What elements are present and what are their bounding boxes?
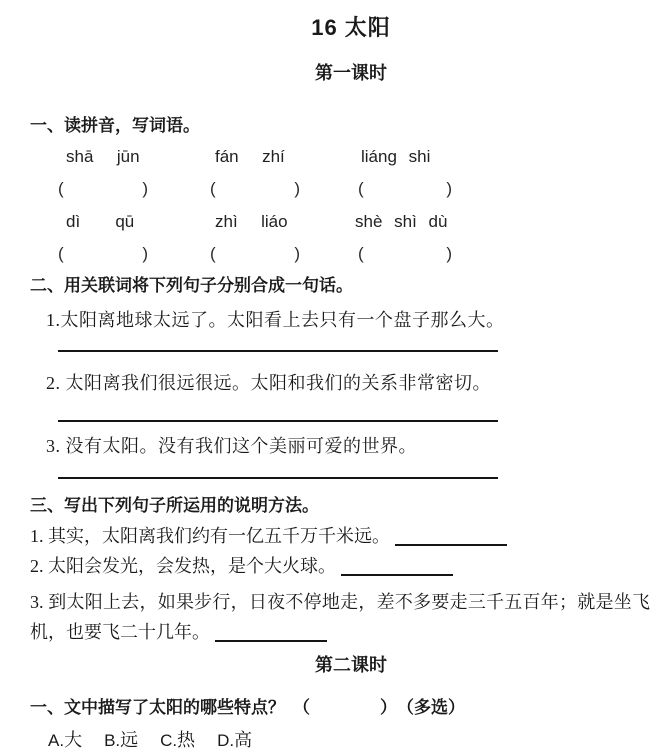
lesson-title: 16 太阳 <box>22 13 658 43</box>
paren-open: ( <box>358 240 364 268</box>
paren-open: ( <box>58 240 64 268</box>
answer-slot[interactable]: () <box>210 175 300 203</box>
answer-slot[interactable]: () <box>58 240 148 268</box>
answer-line[interactable] <box>58 350 498 352</box>
answer-paren-row-2: () () () <box>30 240 650 268</box>
pinyin-word: fán zhí <box>215 145 285 169</box>
option-letter: B. <box>104 731 120 750</box>
option-b: B.远 <box>104 728 138 753</box>
exercise-sentence: 2. 太阳会发光，会发热，是个大火球。 <box>30 554 650 578</box>
multi-select-tag: （多选） <box>397 696 465 720</box>
sentence-text: 2. 太阳会发光，会发热，是个大火球。 <box>30 556 336 576</box>
paren-open: ( <box>58 175 64 203</box>
option-text: 热 <box>177 730 195 750</box>
answer-paren-open: （ <box>293 696 310 720</box>
sentence-text: 1. 其实，太阳离我们约有一亿五千万千米远。 <box>30 526 390 546</box>
paren-open: ( <box>210 240 216 268</box>
pinyin-word: shā jūn <box>66 145 140 169</box>
section2-title: 二、用关联词将下列句子分别合成一句话。 <box>30 274 650 298</box>
option-letter: C. <box>160 731 177 750</box>
paren-close: ) <box>142 240 148 268</box>
paren-close: ) <box>446 240 452 268</box>
option-a: A.大 <box>48 728 82 753</box>
pinyin-word: shè shì dù <box>355 210 447 234</box>
sentence-text: 3. 到太阳上去，如果步行，日夜不停地走，差不多要走三千五百年；就是坐飞机，也要… <box>30 592 650 642</box>
question1-line: 一、文中描写了太阳的哪些特点？ （ ） （多选） <box>30 696 650 720</box>
worksheet-page: 16 太阳 第一课时 一、读拼音，写词语。 shā jūn fán zhí li… <box>0 0 658 756</box>
exercise-sentence: 1. 其实，太阳离我们约有一亿五千万千米远。 <box>30 524 650 548</box>
answer-blank[interactable] <box>215 640 327 642</box>
option-c: C.热 <box>160 728 195 753</box>
pinyin-word: liáng shi <box>361 145 430 169</box>
paren-close: ) <box>294 240 300 268</box>
session2-heading: 第二课时 <box>22 653 658 677</box>
answer-slot[interactable]: () <box>358 175 452 203</box>
option-text: 高 <box>234 730 252 750</box>
answer-blank[interactable] <box>395 544 507 546</box>
answer-slot[interactable]: () <box>58 175 148 203</box>
paren-open: ( <box>358 175 364 203</box>
pinyin-row-1: shā jūn fán zhí liáng shi <box>30 145 650 169</box>
question1-title: 一、文中描写了太阳的哪些特点？ <box>30 696 285 720</box>
answer-slot[interactable]: () <box>210 240 300 268</box>
option-text: 远 <box>120 730 138 750</box>
paren-open: ( <box>210 175 216 203</box>
option-d: D.高 <box>217 728 252 753</box>
answer-slot[interactable]: () <box>358 240 452 268</box>
paren-close: ) <box>142 175 148 203</box>
paren-close: ) <box>446 175 452 203</box>
option-letter: A. <box>48 731 64 750</box>
options-row: A.大 B.远 C.热 D.高 <box>48 728 650 753</box>
exercise-sentence: 2. 太阳离我们很远很远。太阳和我们的关系非常密切。 <box>46 371 650 395</box>
option-letter: D. <box>217 731 234 750</box>
pinyin-row-2: dì qū zhì liáo shè shì dù <box>30 210 650 234</box>
exercise-sentence: 3. 到太阳上去，如果步行，日夜不停地走，差不多要走三千五百年；就是坐飞机，也要… <box>30 587 650 647</box>
pinyin-word: dì qū <box>66 210 134 234</box>
answer-line[interactable] <box>58 420 498 422</box>
section1-title: 一、读拼音，写词语。 <box>30 114 650 138</box>
answer-line[interactable] <box>58 477 498 479</box>
answer-blank[interactable] <box>341 574 453 576</box>
exercise-sentence: 1.太阳离地球太远了。太阳看上去只有一个盘子那么大。 <box>46 308 650 332</box>
paren-close: ) <box>294 175 300 203</box>
pinyin-word: zhì liáo <box>215 210 288 234</box>
option-text: 大 <box>64 730 82 750</box>
answer-paren-row-1: () () () <box>30 175 650 203</box>
answer-paren-close: ） <box>380 696 397 720</box>
session1-heading: 第一课时 <box>22 61 658 85</box>
section3-title: 三、写出下列句子所运用的说明方法。 <box>30 494 650 518</box>
exercise-sentence: 3. 没有太阳。没有我们这个美丽可爱的世界。 <box>46 434 650 458</box>
